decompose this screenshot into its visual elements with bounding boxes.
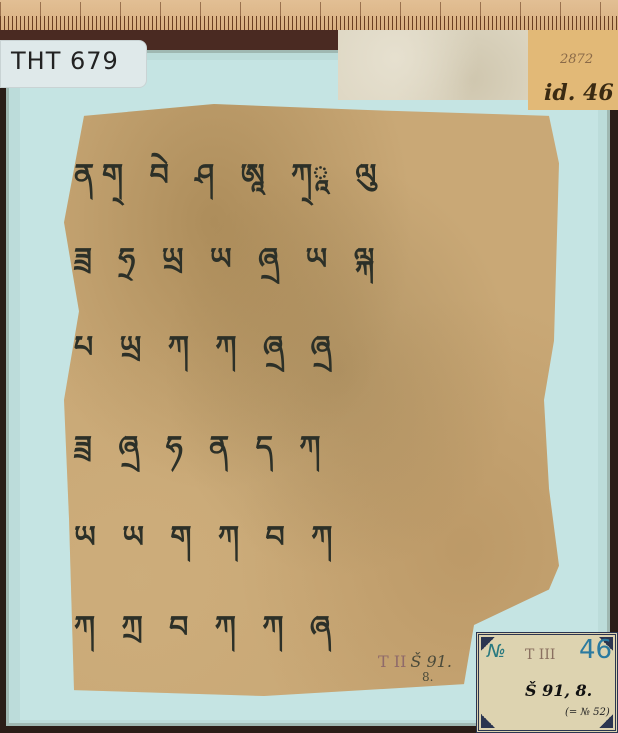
card-collection: T III [525, 647, 555, 663]
card-corner-ornament [481, 714, 495, 728]
catalogue-card: № T III 46 Š 91, 8. (= № 52) [476, 632, 618, 733]
script-line-4: ཟྲ ཞྲ ཧ ན ད ཀ [74, 414, 329, 498]
measuring-ruler [0, 0, 618, 32]
manuscript-fragment: ནག྄ བེ ཤ ཨཱ ཀ྄ཱ ལུ ཟྲ ཧྲ ཡྲ ཡ ཞྲ ཡ ལྐ པ … [64, 104, 564, 696]
script-line-5: ཡ ཡ ག ཀ བ ཀ [74, 504, 340, 588]
stamp-pen-note: Š 91. [410, 652, 452, 671]
stamp-sub-note: 8. [422, 670, 433, 684]
ruler-minor-ticks [0, 16, 618, 30]
collection-stamp: T IIŠ 91. 8. [378, 652, 452, 671]
card-number: 46 [579, 635, 612, 665]
top-right-tag: 2872 id. 46 [528, 30, 618, 110]
script-line-1: ནག྄ བེ ཤ ཨཱ ཀ྄ཱ ལུ [74, 142, 384, 226]
inventory-label: THT 679 [0, 40, 147, 88]
card-no-prefix: № [487, 641, 506, 662]
tag-number: 2872 [560, 52, 593, 67]
script-line-2: ཟྲ ཧྲ ཡྲ ཡ ཞྲ ཡ ལྐ [74, 226, 382, 310]
tag-id: id. 46 [544, 80, 614, 106]
inventory-label-text: THT 679 [11, 47, 119, 75]
stamp-mark: T II [378, 652, 406, 671]
script-line-3: པ ཡྲ ཀ ཀ ཞྲ ཞྲ [74, 314, 339, 398]
script-line-6: ཀ ཀྲ བ ཀ ཀ ཞ [74, 594, 339, 678]
card-note: (= № 52) [565, 707, 610, 718]
paper-strip [338, 30, 528, 100]
card-reference: Š 91, 8. [525, 681, 592, 700]
